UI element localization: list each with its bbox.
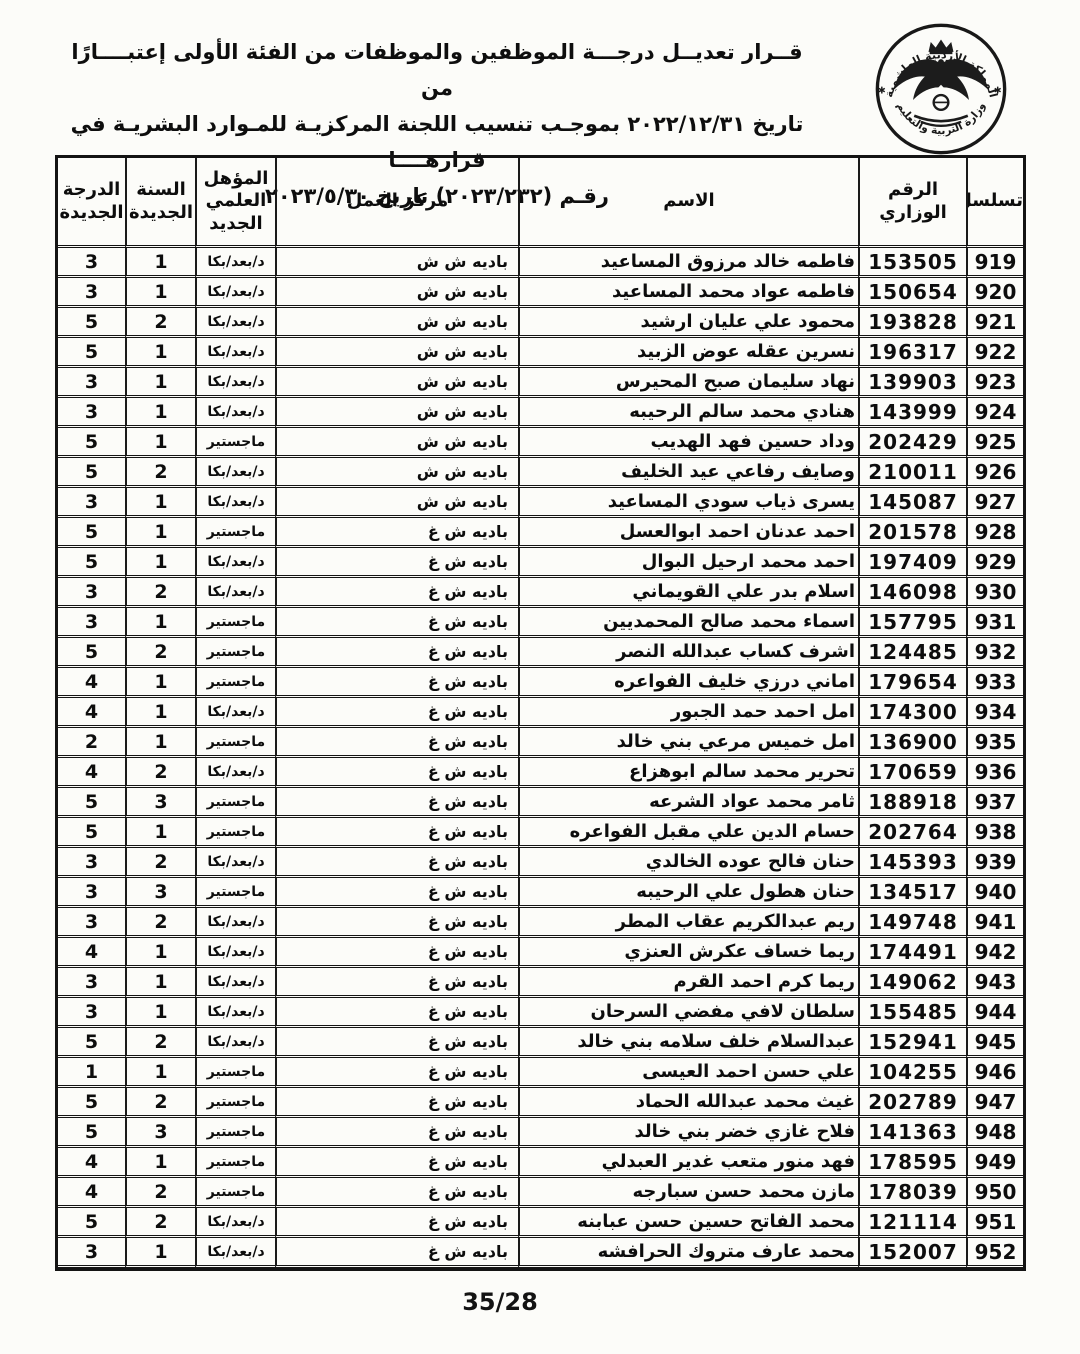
qualification-cell: د/بعد/بكا xyxy=(195,1208,275,1238)
new-year-cell: 2 xyxy=(125,1178,195,1208)
qualification-cell: د/بعد/بكا xyxy=(195,938,275,968)
serial-cell: 945 xyxy=(966,1028,1023,1058)
new-year-cell: 1 xyxy=(125,668,195,698)
name-cell: محمود علي عليان ارشيد xyxy=(518,308,858,338)
table-row: 935 136900 امل خميس مرعي بني خالد باديه … xyxy=(58,728,1023,758)
qualification-cell: ماجستير xyxy=(195,818,275,848)
name-cell: فهد منور متعب غدير العبدلي xyxy=(518,1148,858,1178)
name-cell: سلطان لافي مفضي السرحان xyxy=(518,998,858,1028)
table-row: 934 174300 امل احمد حمد الجبور باديه ش غ… xyxy=(58,698,1023,728)
table-row: 945 152941 عبدالسلام خلف سلامه بني خالد … xyxy=(58,1028,1023,1058)
work-center-cell: باديه ش غ xyxy=(275,968,518,998)
table-row: 943 149062 ريما كرم احمد القرم باديه ش غ… xyxy=(58,968,1023,998)
qualification-cell: ماجستير xyxy=(195,1178,275,1208)
table-header: تسلسل الرقم الوزاري الاسم مركز العمل الم… xyxy=(58,158,1023,248)
new-grade-cell: 5 xyxy=(58,338,125,368)
table-row: 948 141363 فلاح غازي خضر بني خالد باديه … xyxy=(58,1118,1023,1148)
qualification-cell: د/بعد/بكا xyxy=(195,758,275,788)
new-year-cell: 1 xyxy=(125,338,195,368)
new-grade-cell: 4 xyxy=(58,758,125,788)
work-center-cell: باديه ش غ xyxy=(275,998,518,1028)
ministry-number-cell: 179654 xyxy=(858,668,966,698)
qualification-cell: د/بعد/بكا xyxy=(195,578,275,608)
new-year-cell: 3 xyxy=(125,788,195,818)
work-center-cell: باديه ش غ xyxy=(275,728,518,758)
new-grade-cell: 4 xyxy=(58,698,125,728)
serial-cell: 939 xyxy=(966,848,1023,878)
table-row: 944 155485 سلطان لافي مفضي السرحان باديه… xyxy=(58,998,1023,1028)
name-cell: تحرير محمد سالم ابوهزاع xyxy=(518,758,858,788)
work-center-cell: باديه ش غ xyxy=(275,878,518,908)
ministry-number-cell: 155485 xyxy=(858,998,966,1028)
ministry-number-cell: 178039 xyxy=(858,1178,966,1208)
new-grade-cell: 5 xyxy=(58,638,125,668)
name-cell: يسرى ذياب سودي المساعيد xyxy=(518,488,858,518)
table-row: 950 178039 مازن محمد حسن سبارجه باديه ش … xyxy=(58,1178,1023,1208)
new-year-cell: 2 xyxy=(125,308,195,338)
ministry-number-cell: 152941 xyxy=(858,1028,966,1058)
new-grade-cell: 3 xyxy=(58,878,125,908)
work-center-cell: باديه ش غ xyxy=(275,908,518,938)
ministry-number-cell: 146098 xyxy=(858,578,966,608)
table-row: 928 201578 احمد عدنان احمد ابوالعسل بادي… xyxy=(58,518,1023,548)
col-header-qualification: المؤهل العلمي الجديد xyxy=(195,158,275,248)
table-row: 941 149748 ريم عبدالكريم عقاب المطر بادي… xyxy=(58,908,1023,938)
name-cell: علي حسن احمد العيسى xyxy=(518,1058,858,1088)
qualification-cell: د/بعد/بكا xyxy=(195,338,275,368)
ministry-number-cell: 149062 xyxy=(858,968,966,998)
new-grade-cell: 3 xyxy=(58,608,125,638)
table-row: 920 150654 فاطمه عواد محمد المساعيد بادي… xyxy=(58,278,1023,308)
new-grade-cell: 5 xyxy=(58,788,125,818)
serial-cell: 951 xyxy=(966,1208,1023,1238)
new-year-cell: 1 xyxy=(125,998,195,1028)
serial-cell: 952 xyxy=(966,1238,1023,1268)
serial-cell: 920 xyxy=(966,278,1023,308)
table-row: 927 145087 يسرى ذياب سودي المساعيد باديه… xyxy=(58,488,1023,518)
col-header-new-grade: الدرجة الجديدة xyxy=(58,158,125,248)
serial-cell: 924 xyxy=(966,398,1023,428)
ministry-number-cell: 202429 xyxy=(858,428,966,458)
new-grade-cell: 3 xyxy=(58,248,125,278)
new-grade-cell: 4 xyxy=(58,668,125,698)
serial-cell: 944 xyxy=(966,998,1023,1028)
new-year-cell: 1 xyxy=(125,1238,195,1268)
page-number: 35/28 xyxy=(0,1288,1000,1316)
serial-cell: 937 xyxy=(966,788,1023,818)
table-row: 931 157795 اسماء محمد صالح المحمديين باد… xyxy=(58,608,1023,638)
new-grade-cell: 4 xyxy=(58,938,125,968)
name-cell: حنان فالح عوده الخالدي xyxy=(518,848,858,878)
work-center-cell: باديه ش غ xyxy=(275,1118,518,1148)
serial-cell: 926 xyxy=(966,458,1023,488)
ministry-number-cell: 202789 xyxy=(858,1088,966,1118)
name-cell: غيث محمد عبدالله الحماد xyxy=(518,1088,858,1118)
ministry-number-cell: 150654 xyxy=(858,278,966,308)
ministry-number-cell: 193828 xyxy=(858,308,966,338)
col-header-name: الاسم xyxy=(518,158,858,248)
work-center-cell: باديه ش ش xyxy=(275,368,518,398)
name-cell: امل احمد حمد الجبور xyxy=(518,698,858,728)
new-grade-cell: 3 xyxy=(58,908,125,938)
name-cell: محمد الفاتح حسين حسن عبابنه xyxy=(518,1208,858,1238)
name-cell: وداد حسين فهد الهديب xyxy=(518,428,858,458)
work-center-cell: باديه ش ش xyxy=(275,278,518,308)
new-year-cell: 1 xyxy=(125,428,195,458)
work-center-cell: باديه ش غ xyxy=(275,848,518,878)
new-year-cell: 1 xyxy=(125,278,195,308)
ministry-number-cell: 141363 xyxy=(858,1118,966,1148)
new-year-cell: 2 xyxy=(125,578,195,608)
work-center-cell: باديه ش غ xyxy=(275,1148,518,1178)
table-row: 919 153505 فاطمه خالد مرزوق المساعيد باد… xyxy=(58,248,1023,278)
qualification-cell: د/بعد/بكا xyxy=(195,398,275,428)
new-grade-cell: 5 xyxy=(58,818,125,848)
new-grade-cell: 3 xyxy=(58,278,125,308)
qualification-cell: د/بعد/بكا xyxy=(195,458,275,488)
table-row: 926 210011 وصايف رفاعي عيد الخليف باديه … xyxy=(58,458,1023,488)
qualification-cell: د/بعد/بكا xyxy=(195,968,275,998)
new-year-cell: 1 xyxy=(125,398,195,428)
new-year-cell: 1 xyxy=(125,548,195,578)
crown-icon xyxy=(929,40,953,51)
seal-star-right: ✱ xyxy=(994,86,1002,97)
name-cell: احمد محمد ارحيل البوال xyxy=(518,548,858,578)
ministry-number-cell: 201578 xyxy=(858,518,966,548)
new-grade-cell: 5 xyxy=(58,1118,125,1148)
new-grade-cell: 5 xyxy=(58,308,125,338)
qualification-cell: د/بعد/بكا xyxy=(195,278,275,308)
qualification-cell: ماجستير xyxy=(195,1058,275,1088)
col-header-ministry-number: الرقم الوزاري xyxy=(858,158,966,248)
work-center-cell: باديه ش ش xyxy=(275,338,518,368)
qualification-cell: د/بعد/بكا xyxy=(195,698,275,728)
table-row: 936 170659 تحرير محمد سالم ابوهزاع باديه… xyxy=(58,758,1023,788)
ministry-number-cell: 197409 xyxy=(858,548,966,578)
new-year-cell: 2 xyxy=(125,1088,195,1118)
ministry-number-cell: 174491 xyxy=(858,938,966,968)
work-center-cell: باديه ش غ xyxy=(275,788,518,818)
new-year-cell: 2 xyxy=(125,848,195,878)
serial-cell: 935 xyxy=(966,728,1023,758)
serial-cell: 942 xyxy=(966,938,1023,968)
new-grade-cell: 3 xyxy=(58,848,125,878)
work-center-cell: باديه ش غ xyxy=(275,698,518,728)
table-row: 949 178595 فهد منور متعب غدير العبدلي با… xyxy=(58,1148,1023,1178)
work-center-cell: باديه ش غ xyxy=(275,938,518,968)
name-cell: وصايف رفاعي عيد الخليف xyxy=(518,458,858,488)
ministry-number-cell: 157795 xyxy=(858,608,966,638)
name-cell: هنادي محمد سالم الرحيبه xyxy=(518,398,858,428)
table-row: 921 193828 محمود علي عليان ارشيد باديه ش… xyxy=(58,308,1023,338)
work-center-cell: باديه ش غ xyxy=(275,638,518,668)
ministry-number-cell: 188918 xyxy=(858,788,966,818)
work-center-cell: باديه ش غ xyxy=(275,1088,518,1118)
work-center-cell: باديه ش ش xyxy=(275,308,518,338)
new-grade-cell: 1 xyxy=(58,1058,125,1088)
new-grade-cell: 5 xyxy=(58,428,125,458)
table-row: 929 197409 احمد محمد ارحيل البوال باديه … xyxy=(58,548,1023,578)
ministry-number-cell: 104255 xyxy=(858,1058,966,1088)
table-row: 938 202764 حسام الدين علي مقبل الفواعره … xyxy=(58,818,1023,848)
decree-title-line-1: قــرار تعديــل درجـــة الموظفين والموظفا… xyxy=(52,34,822,106)
new-year-cell: 1 xyxy=(125,488,195,518)
new-grade-cell: 3 xyxy=(58,968,125,998)
ministry-number-cell: 145393 xyxy=(858,848,966,878)
ministry-number-cell: 210011 xyxy=(858,458,966,488)
col-header-work-center: مركز العمل xyxy=(275,158,518,248)
serial-cell: 934 xyxy=(966,698,1023,728)
table-row: 925 202429 وداد حسين فهد الهديب باديه ش … xyxy=(58,428,1023,458)
employees-table: تسلسل الرقم الوزاري الاسم مركز العمل الم… xyxy=(55,155,1026,1271)
serial-cell: 919 xyxy=(966,248,1023,278)
name-cell: نهاد سليمان صبح المحيرس xyxy=(518,368,858,398)
qualification-cell: د/بعد/بكا xyxy=(195,1238,275,1268)
ministry-number-cell: 153505 xyxy=(858,248,966,278)
name-cell: حسام الدين علي مقبل الفواعره xyxy=(518,818,858,848)
new-year-cell: 1 xyxy=(125,518,195,548)
serial-cell: 946 xyxy=(966,1058,1023,1088)
serial-cell: 938 xyxy=(966,818,1023,848)
new-year-cell: 3 xyxy=(125,878,195,908)
table-row: 951 121114 محمد الفاتح حسين حسن عبابنه ب… xyxy=(58,1208,1023,1238)
work-center-cell: باديه ش غ xyxy=(275,608,518,638)
serial-cell: 936 xyxy=(966,758,1023,788)
new-year-cell: 1 xyxy=(125,1148,195,1178)
name-cell: اسلام بدر علي القويماني xyxy=(518,578,858,608)
new-year-cell: 1 xyxy=(125,938,195,968)
work-center-cell: باديه ش غ xyxy=(275,758,518,788)
qualification-cell: د/بعد/بكا xyxy=(195,308,275,338)
new-grade-cell: 5 xyxy=(58,1028,125,1058)
name-cell: نسرين عقله عوض الزبيد xyxy=(518,338,858,368)
new-grade-cell: 3 xyxy=(58,488,125,518)
qualification-cell: د/بعد/بكا xyxy=(195,488,275,518)
qualification-cell: د/بعد/بكا xyxy=(195,368,275,398)
serial-cell: 921 xyxy=(966,308,1023,338)
name-cell: احمد عدنان احمد ابوالعسل xyxy=(518,518,858,548)
new-year-cell: 2 xyxy=(125,1208,195,1238)
table-header-row: تسلسل الرقم الوزاري الاسم مركز العمل الم… xyxy=(58,158,1023,248)
table-row: 939 145393 حنان فالح عوده الخالدي باديه … xyxy=(58,848,1023,878)
work-center-cell: باديه ش غ xyxy=(275,818,518,848)
qualification-cell: د/بعد/بكا xyxy=(195,1028,275,1058)
work-center-cell: باديه ش ش xyxy=(275,248,518,278)
work-center-cell: باديه ش غ xyxy=(275,668,518,698)
ministry-number-cell: 134517 xyxy=(858,878,966,908)
work-center-cell: باديه ش غ xyxy=(275,1058,518,1088)
ministry-number-cell: 196317 xyxy=(858,338,966,368)
work-center-cell: باديه ش ش xyxy=(275,398,518,428)
serial-cell: 947 xyxy=(966,1088,1023,1118)
serial-cell: 932 xyxy=(966,638,1023,668)
seal-svg: المملكة الأردنية الهاشمية وزارة التربية … xyxy=(866,22,1016,156)
qualification-cell: ماجستير xyxy=(195,1148,275,1178)
table-row: 942 174491 ريما خساف عكرش العنزي باديه ش… xyxy=(58,938,1023,968)
ministry-number-cell: 136900 xyxy=(858,728,966,758)
serial-cell: 943 xyxy=(966,968,1023,998)
name-cell: حنان هطول علي الرحيبه xyxy=(518,878,858,908)
qualification-cell: ماجستير xyxy=(195,518,275,548)
name-cell: محمد عارف متروك الحرافشه xyxy=(518,1238,858,1268)
serial-cell: 948 xyxy=(966,1118,1023,1148)
work-center-cell: باديه ش غ xyxy=(275,1178,518,1208)
table-row: 922 196317 نسرين عقله عوض الزبيد باديه ش… xyxy=(58,338,1023,368)
new-grade-cell: 3 xyxy=(58,398,125,428)
col-header-new-year: السنة الجديدة xyxy=(125,158,195,248)
name-cell: اشرف كساب عبدالله النصر xyxy=(518,638,858,668)
qualification-cell: ماجستير xyxy=(195,428,275,458)
serial-cell: 930 xyxy=(966,578,1023,608)
new-year-cell: 1 xyxy=(125,968,195,998)
new-year-cell: 1 xyxy=(125,728,195,758)
new-grade-cell: 5 xyxy=(58,548,125,578)
work-center-cell: باديه ش غ xyxy=(275,1238,518,1268)
ministry-number-cell: 202764 xyxy=(858,818,966,848)
table-row: 946 104255 علي حسن احمد العيسى باديه ش غ… xyxy=(58,1058,1023,1088)
name-cell: فاطمه عواد محمد المساعيد xyxy=(518,278,858,308)
serial-cell: 928 xyxy=(966,518,1023,548)
col-header-serial: تسلسل xyxy=(966,158,1023,248)
qualification-cell: ماجستير xyxy=(195,608,275,638)
qualification-cell: د/بعد/بكا xyxy=(195,998,275,1028)
name-cell: عبدالسلام خلف سلامه بني خالد xyxy=(518,1028,858,1058)
table-body: 919 153505 فاطمه خالد مرزوق المساعيد باد… xyxy=(58,248,1023,1268)
new-year-cell: 2 xyxy=(125,758,195,788)
name-cell: اسماء محمد صالح المحمديين xyxy=(518,608,858,638)
ministry-number-cell: 139903 xyxy=(858,368,966,398)
serial-cell: 922 xyxy=(966,338,1023,368)
name-cell: ريما كرم احمد القرم xyxy=(518,968,858,998)
name-cell: اماني درزي خليف الفواعره xyxy=(518,668,858,698)
new-year-cell: 3 xyxy=(125,1118,195,1148)
new-year-cell: 1 xyxy=(125,818,195,848)
name-cell: ريم عبدالكريم عقاب المطر xyxy=(518,908,858,938)
new-grade-cell: 4 xyxy=(58,1178,125,1208)
table-row: 930 146098 اسلام بدر علي القويماني باديه… xyxy=(58,578,1023,608)
table-row: 940 134517 حنان هطول علي الرحيبه باديه ش… xyxy=(58,878,1023,908)
table-row: 937 188918 ثامر محمد عواد الشرعه باديه ش… xyxy=(58,788,1023,818)
qualification-cell: ماجستير xyxy=(195,728,275,758)
qualification-cell: ماجستير xyxy=(195,1118,275,1148)
ministry-number-cell: 149748 xyxy=(858,908,966,938)
seal-star-left: ✱ xyxy=(878,86,886,97)
qualification-cell: ماجستير xyxy=(195,788,275,818)
ministry-number-cell: 121114 xyxy=(858,1208,966,1238)
name-cell: مازن محمد حسن سبارجه xyxy=(518,1178,858,1208)
work-center-cell: باديه ش ش xyxy=(275,488,518,518)
name-cell: ريما خساف عكرش العنزي xyxy=(518,938,858,968)
new-grade-cell: 5 xyxy=(58,1088,125,1118)
work-center-cell: باديه ش غ xyxy=(275,1208,518,1238)
qualification-cell: د/بعد/بكا xyxy=(195,848,275,878)
name-cell: فلاح غازي خضر بني خالد xyxy=(518,1118,858,1148)
new-grade-cell: 3 xyxy=(58,998,125,1028)
ministry-number-cell: 124485 xyxy=(858,638,966,668)
work-center-cell: باديه ش ش xyxy=(275,458,518,488)
qualification-cell: ماجستير xyxy=(195,638,275,668)
table-row: 933 179654 اماني درزي خليف الفواعره بادي… xyxy=(58,668,1023,698)
serial-cell: 929 xyxy=(966,548,1023,578)
new-year-cell: 2 xyxy=(125,1028,195,1058)
serial-cell: 933 xyxy=(966,668,1023,698)
new-grade-cell: 5 xyxy=(58,518,125,548)
work-center-cell: باديه ش غ xyxy=(275,548,518,578)
table-row: 952 152007 محمد عارف متروك الحرافشه بادي… xyxy=(58,1238,1023,1268)
qualification-cell: ماجستير xyxy=(195,668,275,698)
ministry-number-cell: 174300 xyxy=(858,698,966,728)
new-grade-cell: 3 xyxy=(58,578,125,608)
new-year-cell: 1 xyxy=(125,698,195,728)
name-cell: امل خميس مرعي بني خالد xyxy=(518,728,858,758)
serial-cell: 931 xyxy=(966,608,1023,638)
work-center-cell: باديه ش غ xyxy=(275,1028,518,1058)
ministry-number-cell: 178595 xyxy=(858,1148,966,1178)
work-center-cell: باديه ش غ xyxy=(275,518,518,548)
new-grade-cell: 3 xyxy=(58,1238,125,1268)
new-year-cell: 2 xyxy=(125,638,195,668)
table-row: 924 143999 هنادي محمد سالم الرحيبه باديه… xyxy=(58,398,1023,428)
scanned-decree-page: المملكة الأردنية الهاشمية وزارة التربية … xyxy=(0,0,1080,1354)
qualification-cell: د/بعد/بكا xyxy=(195,908,275,938)
serial-cell: 950 xyxy=(966,1178,1023,1208)
work-center-cell: باديه ش ش xyxy=(275,428,518,458)
name-cell: ثامر محمد عواد الشرعه xyxy=(518,788,858,818)
serial-cell: 949 xyxy=(966,1148,1023,1178)
new-grade-cell: 3 xyxy=(58,368,125,398)
table-row: 947 202789 غيث محمد عبدالله الحماد باديه… xyxy=(58,1088,1023,1118)
table-row: 923 139903 نهاد سليمان صبح المحيرس باديه… xyxy=(58,368,1023,398)
new-year-cell: 2 xyxy=(125,458,195,488)
new-year-cell: 1 xyxy=(125,1058,195,1088)
ministry-number-cell: 170659 xyxy=(858,758,966,788)
qualification-cell: د/بعد/بكا xyxy=(195,248,275,278)
new-year-cell: 1 xyxy=(125,608,195,638)
new-year-cell: 1 xyxy=(125,248,195,278)
ministry-number-cell: 145087 xyxy=(858,488,966,518)
serial-cell: 925 xyxy=(966,428,1023,458)
seal-bottom-text: وزارة التربية والتعليم xyxy=(894,100,988,137)
new-year-cell: 1 xyxy=(125,368,195,398)
serial-cell: 927 xyxy=(966,488,1023,518)
table-row: 932 124485 اشرف كساب عبدالله النصر باديه… xyxy=(58,638,1023,668)
ministry-number-cell: 143999 xyxy=(858,398,966,428)
new-year-cell: 2 xyxy=(125,908,195,938)
name-cell: فاطمه خالد مرزوق المساعيد xyxy=(518,248,858,278)
qualification-cell: ماجستير xyxy=(195,878,275,908)
serial-cell: 923 xyxy=(966,368,1023,398)
new-grade-cell: 5 xyxy=(58,458,125,488)
qualification-cell: ماجستير xyxy=(195,1088,275,1118)
new-grade-cell: 5 xyxy=(58,1208,125,1238)
ministry-seal: المملكة الأردنية الهاشمية وزارة التربية … xyxy=(866,22,1016,156)
serial-cell: 941 xyxy=(966,908,1023,938)
new-grade-cell: 4 xyxy=(58,1148,125,1178)
new-grade-cell: 2 xyxy=(58,728,125,758)
serial-cell: 940 xyxy=(966,878,1023,908)
work-center-cell: باديه ش غ xyxy=(275,578,518,608)
ministry-number-cell: 152007 xyxy=(858,1238,966,1268)
qualification-cell: د/بعد/بكا xyxy=(195,548,275,578)
